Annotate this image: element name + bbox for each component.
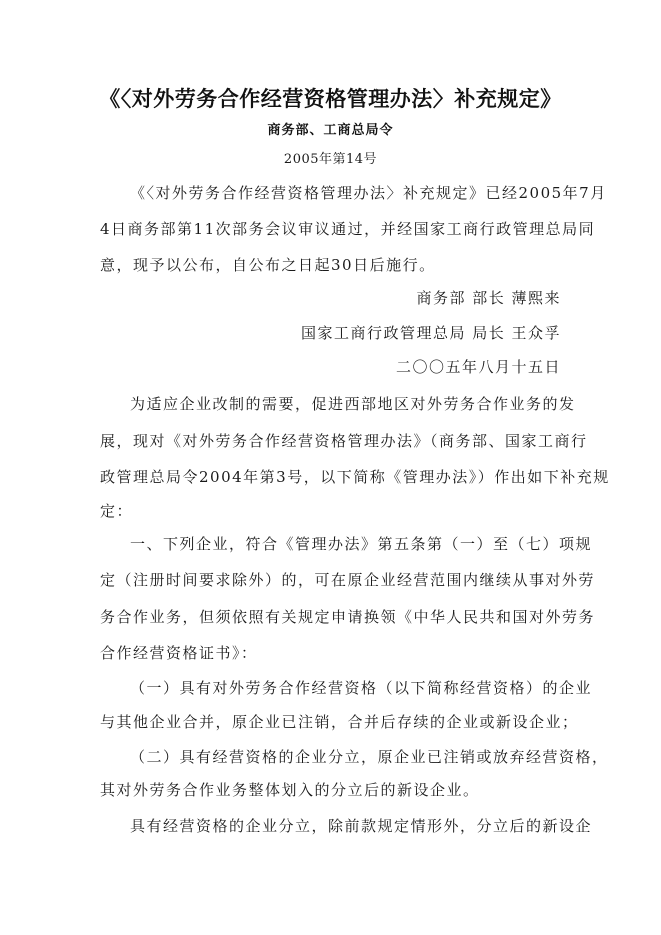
signature-date: 二〇〇五年八月十五日: [100, 357, 561, 377]
document-number: 2005年第14号: [0, 150, 661, 170]
paragraph-3-line-1: （一）具有对外劳务合作经营资格（以下简称经营资格）的企业: [100, 678, 561, 698]
preamble-line-1: 《〈对外劳务合作经营资格管理办法〉补充规定》已经2005年7月: [100, 183, 561, 203]
preamble-line-2: 4日商务部第11次部务会议审议通过，并经国家工商行政管理总局同: [100, 219, 561, 239]
paragraph-4-line-1: （二）具有经营资格的企业分立，原企业已注销或放弃经营资格，: [100, 747, 561, 767]
paragraph-4-line-2: 其对外劳务合作业务整体划入的分立后的新设企业。: [100, 780, 561, 800]
paragraph-5-line-1: 具有经营资格的企业分立，除前款规定情形外，分立后的新设企: [100, 816, 561, 836]
signature-saic-director: 国家工商行政管理总局 局长 王众孚: [100, 323, 561, 343]
document-page: 《〈对外劳务合作经营资格管理办法〉补充规定》 商务部、工商总局令 2005年第1…: [0, 0, 661, 935]
paragraph-3-line-2: 与其他企业合并，原企业已注销，合并后存续的企业或新设企业；: [100, 712, 561, 732]
paragraph-2-line-2: 定（注册时间要求除外）的，可在原企业经营范围内继续从事对外劳: [100, 570, 561, 590]
paragraph-2-line-4: 合作经营资格证书》：: [100, 643, 561, 663]
preamble-line-3: 意，现予以公布，自公布之日起30日后施行。: [100, 255, 561, 275]
signature-commerce-minister: 商务部 部长 薄熙来: [100, 288, 561, 308]
issuer-line: 商务部、工商总局令: [0, 121, 661, 141]
paragraph-2-line-3: 务合作业务，但须依照有关规定申请换领《中华人民共和国对外劳务: [100, 607, 561, 627]
paragraph-1-line-3: 政管理总局令2004年第3号，以下简称《管理办法》）作出如下补充规: [100, 467, 561, 487]
paragraph-1-line-4: 定：: [100, 501, 561, 521]
paragraph-1-line-1: 为适应企业改制的需要，促进西部地区对外劳务合作业务的发: [100, 394, 561, 414]
paragraph-2-line-1: 一、下列企业，符合《管理办法》第五条第（一）至（七）项规: [100, 534, 561, 554]
paragraph-1-line-2: 展，现对《对外劳务合作经营资格管理办法》（商务部、国家工商行: [100, 431, 561, 451]
document-title: 《〈对外劳务合作经营资格管理办法〉补充规定》: [0, 86, 661, 112]
